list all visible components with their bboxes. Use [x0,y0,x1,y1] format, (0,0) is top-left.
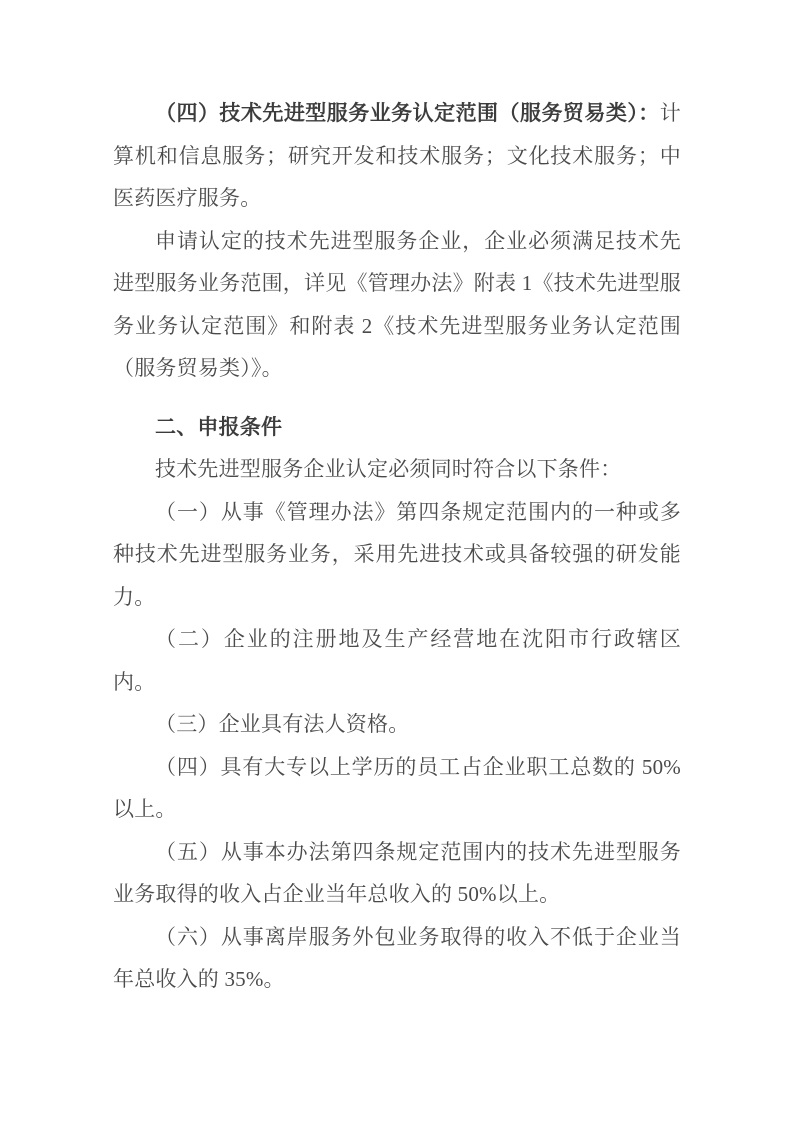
paragraph-condition-3: （三）企业具有法人资格。 [113,703,681,746]
paragraph-condition-4: （四）具有大专以上学历的员工占企业职工总数的 50%以上。 [113,746,681,831]
paragraph-condition-6: （六）从事离岸服务外包业务取得的收入不低于企业当年总收入的 35%。 [113,916,681,1001]
paragraph-scope-bold-lead: （四）技术先进型服务业务认定范围（服务贸易类）： [155,101,660,125]
paragraph-apply: 申请认定的技术先进型服务企业，企业必须满足技术先进型服务业务范围，详见《管理办法… [113,220,681,390]
paragraph-scope: （四）技术先进型服务业务认定范围（服务贸易类）：计算机和信息服务；研究开发和技术… [113,92,681,220]
paragraph-conditions-intro: 技术先进型服务企业认定必须同时符合以下条件： [113,448,681,491]
section-heading-conditions: 二、申报条件 [113,406,681,449]
document-page: （四）技术先进型服务业务认定范围（服务贸易类）：计算机和信息服务；研究开发和技术… [0,0,794,1123]
paragraph-condition-5: （五）从事本办法第四条规定范围内的技术先进型服务业务取得的收入占企业当年总收入的… [113,831,681,916]
paragraph-condition-2: （二）企业的注册地及生产经营地在沈阳市行政辖区内。 [113,618,681,703]
paragraph-condition-1: （一）从事《管理办法》第四条规定范围内的一种或多种技术先进型服务业务，采用先进技… [113,491,681,619]
